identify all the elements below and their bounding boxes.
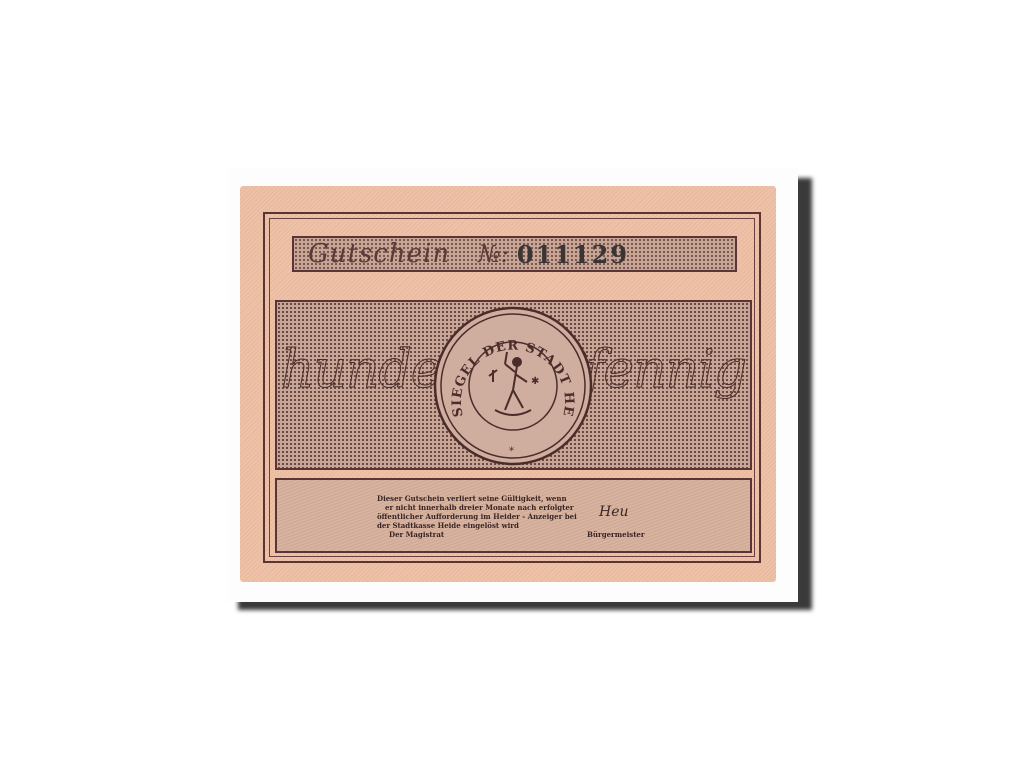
signatory-magistrat: Der Magistrat: [377, 530, 607, 539]
seal-star: *: [509, 446, 514, 457]
banknote: Gutschein №: 011129 hundert Pfennig SIEG…: [240, 186, 776, 582]
legal-line-1: Dieser Gutschein verliert seine Gültigke…: [377, 494, 607, 503]
legal-line-3: öffentlicher Aufforderung im Heider - An…: [377, 512, 607, 521]
serial-number: 011129: [517, 240, 629, 269]
number-sign: №:: [478, 240, 509, 268]
denomination-panel: hundert Pfennig SIEGEL DER STADT HEIDE: [275, 300, 752, 470]
voucher-title: Gutschein: [308, 239, 450, 269]
legal-line-4: der Stadtkasse Heide eingelöst wird: [377, 521, 607, 530]
city-seal-icon: SIEGEL DER STADT HEIDE ✱ *: [433, 306, 593, 466]
legal-panel: Dieser Gutschein verliert seine Gültigke…: [275, 478, 752, 553]
mayor-signature: Heu: [599, 504, 629, 520]
signatory-mayor: Bürgermeister: [587, 530, 645, 539]
header-box: Gutschein №: 011129: [292, 236, 737, 272]
legal-text: Dieser Gutschein verliert seine Gültigke…: [377, 494, 607, 539]
svg-text:✱: ✱: [531, 376, 539, 387]
legal-line-2: er nicht innerhalb dreier Monate nach er…: [377, 503, 607, 512]
